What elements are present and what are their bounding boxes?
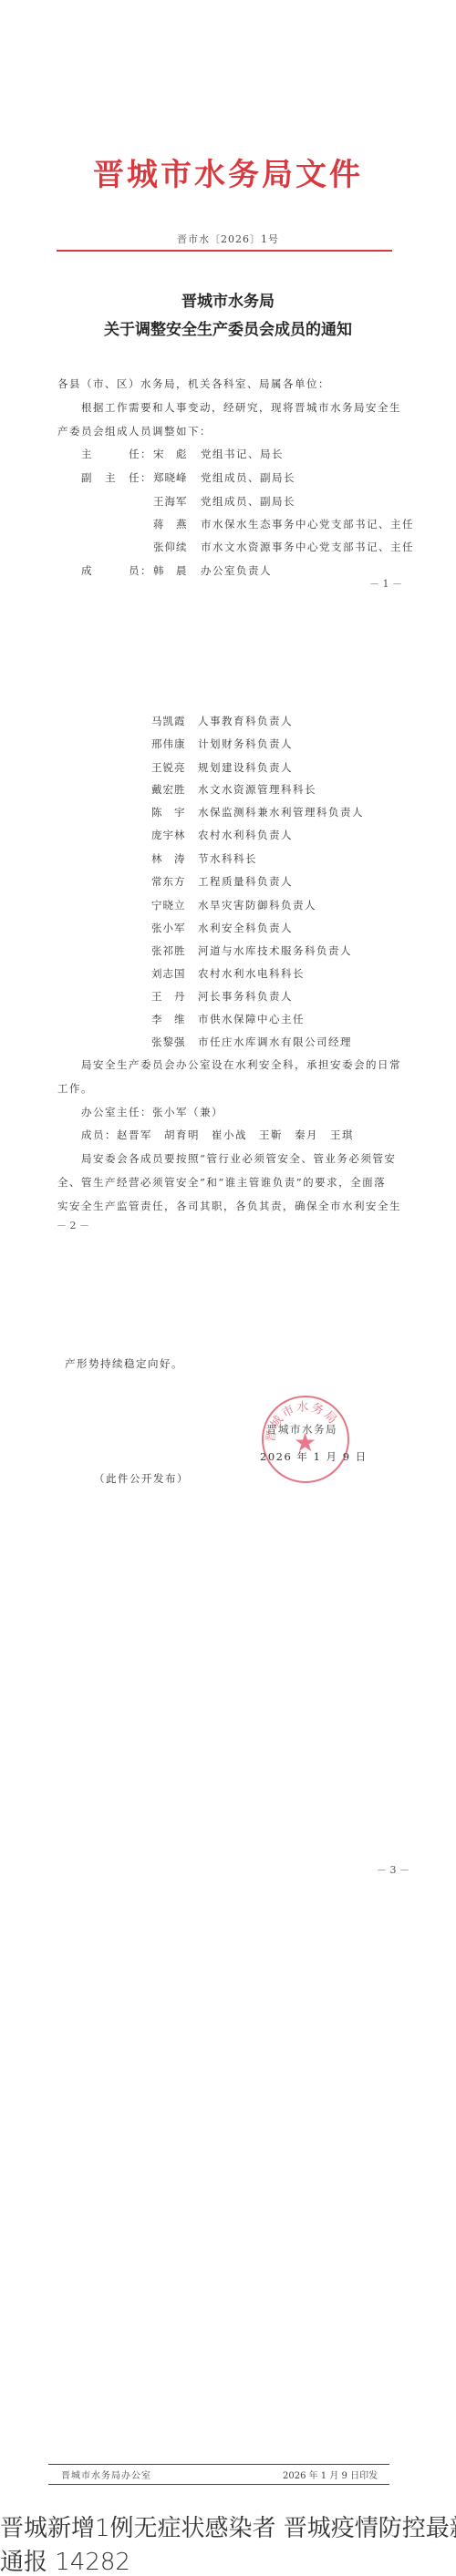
requirements-line1: 局安委会各成员要按照“管行业必须管安全、管业务必须管安 [81, 1151, 396, 1166]
caption-line2: 通报 14282 [0, 2543, 130, 2576]
member-name: 王锐亮 [151, 760, 186, 775]
member-name: 王 丹 [151, 989, 186, 1004]
member-title: 水文水资源管理科科长 [198, 782, 316, 797]
publish-note: （此件公开发布） [94, 1471, 189, 1486]
member-title: 党组书记、局长 [201, 447, 284, 461]
red-divider [57, 250, 392, 252]
member-title: 工程质量科负责人 [198, 874, 293, 889]
member-title: 市水文水资源事务中心党支部书记、主任 [201, 540, 414, 554]
member-name: 宁晓立 [151, 898, 186, 912]
signing-date: 2026 年 1 月 9 日 [260, 1449, 368, 1464]
caption-line1: 晋城新增1例无症状感染者 晋城疫情防控最新 [0, 2509, 456, 2543]
member-name: 陈 宇 [151, 805, 186, 819]
office-paragraph-line1: 局安全生产委员会办公室设在水利安全科，承担安委会的日常 [81, 1057, 401, 1072]
member-name: 邢伟康 [151, 737, 186, 751]
signing-org: 晋城市水务局 [266, 1422, 337, 1437]
page-number-2: － 2 － [57, 1218, 89, 1232]
member-title: 节水科科长 [198, 851, 257, 866]
office-director: 办公室主任：张小军（兼） [81, 1105, 223, 1119]
role-director: 主 任： [81, 447, 152, 461]
member-name: 林 涛 [151, 851, 186, 866]
member-title: 办公室负责人 [201, 563, 272, 578]
member-title: 水利安全科负责人 [198, 921, 293, 935]
member-title: 河道与水库技术服务科负责人 [198, 943, 352, 958]
footer-top-rule [48, 2464, 389, 2465]
footer-issuer: 晋城市水务局办公室 [61, 2468, 151, 2481]
office-paragraph-line2: 工作。 [57, 1081, 93, 1096]
salutation: 各县（市、区）水务局，机关各科室、局属各单位： [57, 376, 330, 391]
intro-line2: 产委员会组成人员调整如下： [57, 424, 212, 438]
member-title: 规划建设科负责人 [198, 760, 293, 775]
requirements-line4: 产形势持续稳定向好。 [65, 1356, 183, 1371]
member-name: 王海军 [153, 494, 188, 509]
member-name: 李 维 [151, 1012, 186, 1026]
member-name: 庞宇林 [151, 828, 186, 842]
member-title: 农村水利水电科科长 [198, 966, 305, 981]
member-title: 市任庄水库调水有限公司经理 [198, 1035, 352, 1049]
document-title-line2: 关于调整安全生产委员会成员的通知 [0, 316, 456, 339]
page-number-3: － 3 － [377, 1862, 409, 1877]
role-member: 成 员： [81, 563, 152, 578]
member-title: 农村水利科负责人 [198, 828, 293, 842]
red-header-title: 晋城市水务局文件 [0, 149, 456, 194]
document-number: 晋市水〔2026〕1号 [0, 232, 456, 246]
official-seal: 晋城市水务局 ★ [262, 1396, 349, 1483]
member-name: 刘志国 [151, 966, 186, 981]
member-name: 韩 晨 [153, 563, 188, 578]
page-number-1: － 1 － [369, 576, 402, 591]
member-name: 张祁胜 [151, 943, 186, 958]
member-name: 戴宏胜 [151, 782, 186, 797]
member-name: 蒋 燕 [153, 517, 188, 531]
member-title: 人事教育科负责人 [198, 714, 293, 728]
document-title-line1: 晋城市水务局 [0, 288, 456, 311]
office-members: 成员：赵晋军 胡育明 崔小战 王靳 秦月 王琪 [81, 1128, 354, 1142]
member-title: 党组成员、副局长 [201, 494, 295, 509]
member-name: 张黎强 [151, 1035, 186, 1049]
intro-line1: 根据工作需要和人事变动，经研究，现将晋城市水务局安全生 [81, 400, 401, 415]
member-title: 水旱灾害防御科负责人 [198, 898, 316, 912]
member-name: 马凯霞 [151, 714, 186, 728]
member-title: 党组成员、副局长 [201, 470, 295, 485]
requirements-line2: 全、管生产经营必须管安全”和“谁主管谁负责”的要求，全面落 [57, 1175, 386, 1190]
member-name: 常东方 [151, 874, 186, 889]
member-name: 张仰续 [153, 540, 188, 554]
member-name: 宋 彪 [153, 447, 188, 461]
member-title: 河长事务科负责人 [198, 989, 293, 1004]
member-title: 水保监测科兼水利管理科负责人 [198, 805, 364, 819]
member-title: 计划财务科负责人 [198, 737, 293, 751]
footer-bottom-rule [48, 2484, 389, 2485]
footer-print-date: 2026 年 1 月 9 日印发 [283, 2468, 378, 2481]
member-title: 市水保水生态事务中心党支部书记、主任 [201, 517, 414, 531]
member-name: 张小军 [151, 921, 186, 935]
role-deputy: 副 主 任： [81, 470, 152, 485]
member-name: 郑晓峰 [153, 470, 188, 485]
member-title: 市供水保障中心主任 [198, 1012, 305, 1026]
requirements-line3: 实安全生产监管责任，各司其职，各负其责，确保全市水利安全生 [57, 1199, 401, 1213]
